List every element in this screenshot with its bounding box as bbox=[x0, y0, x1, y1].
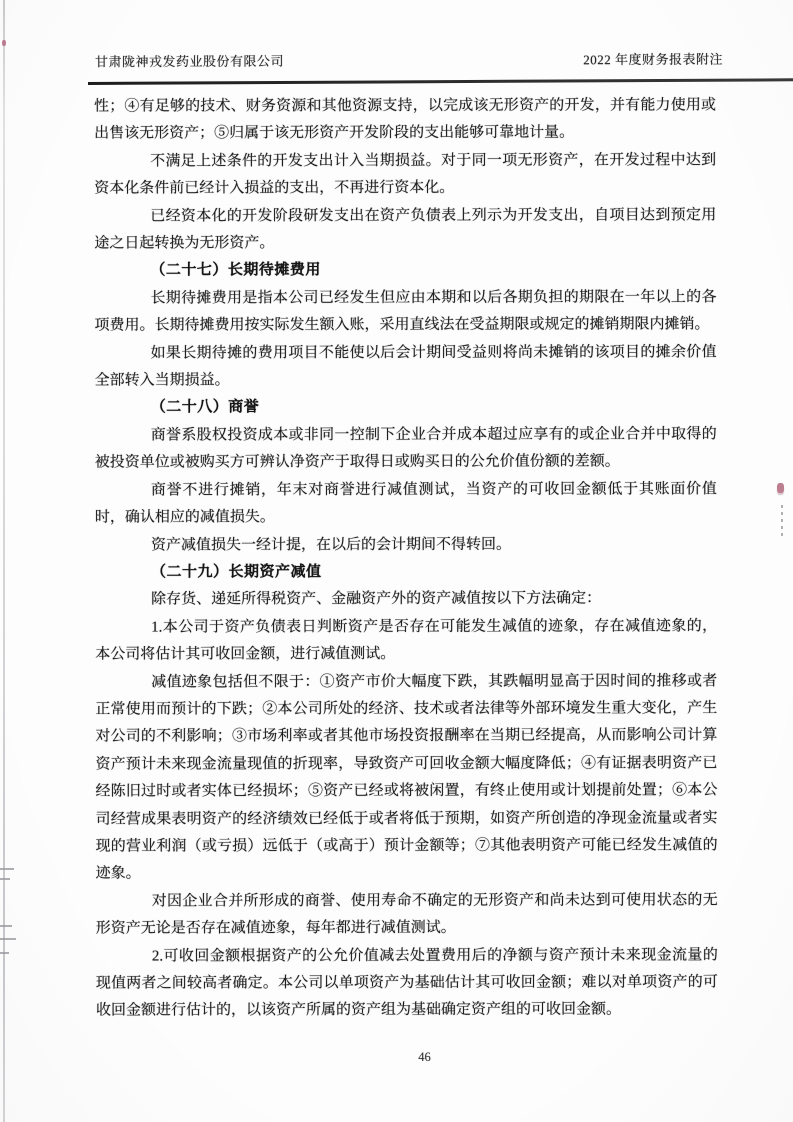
scan-tick-mark bbox=[0, 938, 16, 940]
document-page: 甘肃陇神戎发药业股份有限公司 2022 年度财务报表附注 性；④有足够的技术、财… bbox=[0, 0, 793, 1122]
section-heading: （二十八）商誉 bbox=[95, 394, 717, 423]
body-paragraph: 2.可收回金额根据资产的公允价值减去处置费用后的净额与资产预计未来现金流量的现值… bbox=[96, 942, 718, 1026]
body-paragraph: 商誉系股权投资成本或非同一控制下企业合并成本超过应享有的或企业合并中取得的被投资… bbox=[95, 421, 717, 477]
scan-smudge bbox=[2, 40, 6, 46]
body-paragraph: 资产减值损失一经计提，在以后的会计期间不得转回。 bbox=[95, 531, 717, 560]
body-paragraph: 减值迹象包括但不限于：①资产市价大幅度下跌，其跌幅明显高于因时间的推移或者正常使… bbox=[95, 668, 717, 889]
document-body: 性；④有足够的技术、财务资源和其他资源支持，以完成该无形资产的开发，并有能力使用… bbox=[94, 92, 718, 1025]
scan-tick-mark bbox=[0, 925, 12, 927]
scan-tick-mark bbox=[0, 868, 14, 870]
body-paragraph: 已经资本化的开发阶段研发支出在资产负债表上列示为开发支出，自项目达到预定用途之日… bbox=[94, 202, 716, 258]
body-paragraph: 1.本公司于资产负债表日判断资产是否存在可能发生减值的迹象，存在减值迹象的，本公… bbox=[95, 613, 717, 669]
scan-tick-mark bbox=[0, 952, 9, 954]
body-paragraph: 不满足上述条件的开发支出计入当期损益。对于同一项无形资产，在开发过程中达到资本化… bbox=[94, 147, 716, 203]
header-divider-line bbox=[88, 78, 793, 85]
section-heading: （二十九）长期资产减值 bbox=[95, 558, 717, 587]
scan-tick-mark bbox=[0, 878, 10, 880]
scan-dash-mark bbox=[781, 505, 783, 539]
body-paragraph: 性；④有足够的技术、财务资源和其他资源支持，以完成该无形资产的开发，并有能力使用… bbox=[94, 92, 716, 148]
body-paragraph: 除存货、递延所得税资产、金融资产外的资产减值按以下方法确定： bbox=[95, 586, 717, 615]
page-header: 甘肃陇神戎发药业股份有限公司 2022 年度财务报表附注 bbox=[95, 49, 723, 71]
scan-smudge bbox=[777, 483, 784, 493]
body-paragraph: 对因企业合并所形成的商誉、使用寿命不确定的无形资产和尚未达到可使用状态的无形资产… bbox=[96, 887, 718, 943]
body-paragraph: 如果长期待摊的费用项目不能使以后会计期间受益则将尚未摊销的该项目的摊余价值全部转… bbox=[95, 339, 717, 395]
body-paragraph: 长期待摊费用是指本公司已经发生但应由本期和以后各期负担的期限在一年以上的各项费用… bbox=[94, 284, 716, 340]
page-number: 46 bbox=[418, 1050, 431, 1064]
body-paragraph: 商誉不进行摊销，年末对商誉进行减值测试，当资产的可收回金额低于其账面价值时，确认… bbox=[95, 476, 717, 532]
section-heading: （二十七）长期待摊费用 bbox=[94, 257, 716, 286]
header-company-name: 甘肃陇神戎发药业股份有限公司 bbox=[95, 51, 284, 71]
header-doc-title: 2022 年度财务报表附注 bbox=[583, 49, 723, 69]
page-footer: 46 bbox=[0, 1050, 793, 1065]
